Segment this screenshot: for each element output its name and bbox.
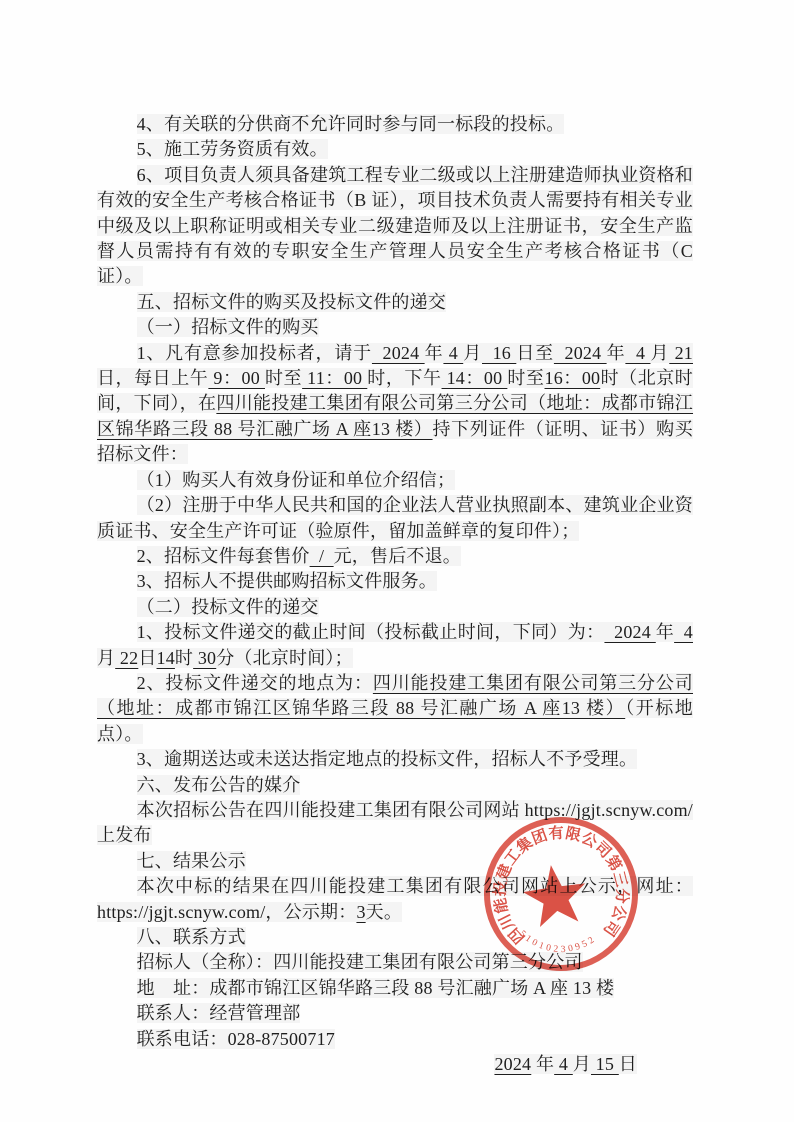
underlined-fill-in-text: 4 [443,343,463,363]
heading-8-contact: 八、联系方式 [97,925,693,950]
text-run: 日，每日上午 [97,368,208,388]
text-run: 日 [619,1054,637,1074]
text-run: 年 [656,622,674,642]
underlined-fill-in-text: 2024 [494,1054,531,1074]
underlined-fill-in-text: 2024 [372,343,425,363]
contact-phone: 联系电话：028-87500717 [97,1027,693,1052]
underlined-fill-in-text: 2024 [604,622,655,642]
underlined-fill-in-text: 4 [625,343,650,363]
text-run: 天。 [366,902,402,922]
text-run: 5、施工劳务资质有效。 [137,139,328,159]
underlined-fill-in-text: 14：00 [442,368,508,388]
issue-date: 2024 年 4 月 15 日 [97,1052,693,1077]
text-run: 联系电话：028-87500717 [137,1029,335,1049]
text-run: 1、凡有意参加投标者，请于 [137,343,372,363]
submission-location: 2、投标文件递交的地点为：四川能投建工集团有限公司第三分公司（地址：成都市锦江区… [97,671,693,747]
tenderer-address: 地 址：成都市锦江区锦华路三段 88 号汇融广场 A 座 13 楼 [97,976,693,1001]
text-run: 时 [175,648,193,668]
text-run: 时，下午 [367,368,441,388]
contact-person: 联系人：经营管理部 [97,1001,693,1026]
heading-5-purchase-and-submission: 五、招标文件的购买及投标文件的递交 [97,290,693,315]
text-run: 2、招标文件每套售价 [137,546,310,566]
text-run: （2）注册于中华人民共和国的企业法人营业执照副本、建筑业企业资质证书、安全生产许… [97,495,693,540]
text-run: 月 [463,343,482,363]
no-mail-order: 3、招标人不提供邮购招标文件服务。 [97,569,693,594]
text-run: 6、项目负责人须具备建筑工程专业二级或以上注册建造师执业资格和有效的安全生产考核… [97,165,693,287]
text-run: 年 [607,343,626,363]
underlined-fill-in-text: 21 [669,343,693,363]
submission-deadline: 1、投标文件递交的截止时间（投标截止时间，下同）为： 2024 年 4月 22日… [97,620,693,671]
subheading-1-purchase-of-bid-documents: （一）招标文件的购买 [97,315,693,340]
purchase-item-1-id: （1）购买人有效身份证和单位介绍信； [97,468,693,493]
text-run: 分（北京时间）； [216,648,353,668]
text-run: 时至 [507,368,544,388]
text-run: 2、投标文件递交的地点为： [137,673,373,693]
underlined-fill-in-text: 15 [591,1054,619,1074]
late-submission-rejected: 3、逾期送达或未送达指定地点的投标文件，招标人不予受理。 [97,747,693,772]
text-run: 年 [531,1054,554,1074]
text-run: 地 址：成都市锦江区锦华路三段 88 号汇融广场 A 座 13 楼 [137,978,615,998]
document-price: 2、招标文件每套售价 / 元，售后不退。 [97,544,693,569]
text-run: 日 [138,648,156,668]
text-run: 招标人（全称）：四川能投建工集团有限公司第三分公司 [137,952,583,972]
text-run: 月 [97,648,115,668]
text-run: 4、有关联的分供商不允许同时参与同一标段的投标。 [137,114,565,134]
text-run: 时至 [265,368,302,388]
text-run: 元，售后不退。 [334,546,461,566]
underlined-fill-in-text: 14 [157,648,175,668]
underlined-fill-in-text: 16：00 [545,368,601,388]
text-run: （二）投标文件的递交 [137,597,319,617]
purchase-time-and-place: 1、凡有意参加投标者，请于 2024 年 4 月 16 日至 2024 年 4 … [97,341,693,468]
text-run: 八、联系方式 [137,927,246,947]
document-page: 4、有关联的分供商不允许同时参与同一标段的投标。5、施工劳务资质有效。6、项目负… [0,0,794,1122]
text-run: （一）招标文件的购买 [137,317,319,337]
clause-5-labor-qualification: 5、施工劳务资质有效。 [97,137,693,162]
text-run: 3、逾期送达或未送达指定地点的投标文件，招标人不予受理。 [137,749,638,769]
underlined-fill-in-text: 9：00 [208,368,265,388]
text-run: 七、结果公示 [137,851,246,871]
text-run: 1、投标文件递交的截止时间（投标截止时间，下同）为： [137,622,605,642]
text-run: 月 [573,1054,591,1074]
text-run: 年 [425,343,444,363]
document-body: 4、有关联的分供商不允许同时参与同一标段的投标。5、施工劳务资质有效。6、项目负… [97,112,693,1077]
underlined-fill-in-text: 2024 [554,343,607,363]
text-run: 联系人：经营管理部 [137,1003,301,1023]
text-run: 3、招标人不提供邮购招标文件服务。 [137,571,437,591]
underlined-fill-in-text: 22 [115,648,138,668]
underlined-fill-in-text: / [310,546,334,566]
clause-6-project-manager-requirements: 6、项目负责人须具备建筑工程专业二级或以上注册建造师执业资格和有效的安全生产考核… [97,163,693,290]
underlined-fill-in-text: 11：00 [302,368,367,388]
underlined-fill-in-text: 3 [356,902,365,922]
text-run: 五、招标文件的购买及投标文件的递交 [137,292,446,312]
underlined-fill-in-text: 16 [482,343,516,363]
underlined-fill-in-text: 30 [193,648,216,668]
heading-7-result-publicity: 七、结果公示 [97,849,693,874]
announcement-website: 本次招标公告在四川能投建工集团有限公司网站 https://jgjt.scnyw… [97,798,693,849]
underlined-fill-in-text: 4 [554,1054,573,1074]
text-run: 日至 [516,343,554,363]
text-run: 本次招标公告在四川能投建工集团有限公司网站 https://jgjt.scnyw… [97,800,693,845]
underlined-fill-in-text: 4 [674,622,693,642]
subheading-2-submission-of-bids: （二）投标文件的递交 [97,595,693,620]
result-publicity-detail: 本次中标的结果在四川能投建工集团有限公司网站上公示，网址：https://jgj… [97,874,693,925]
purchase-item-2-license: （2）注册于中华人民共和国的企业法人营业执照副本、建筑业企业资质证书、安全生产许… [97,493,693,544]
text-run: （1）购买人有效身份证和单位介绍信； [137,470,456,490]
clause-4-related-suppliers: 4、有关联的分供商不允许同时参与同一标段的投标。 [97,112,693,137]
tenderer-full-name: 招标人（全称）：四川能投建工集团有限公司第三分公司 [97,950,693,975]
text-run: 六、发布公告的媒介 [137,775,301,795]
heading-6-announcement-media: 六、发布公告的媒介 [97,773,693,798]
text-run: 月 [650,343,669,363]
